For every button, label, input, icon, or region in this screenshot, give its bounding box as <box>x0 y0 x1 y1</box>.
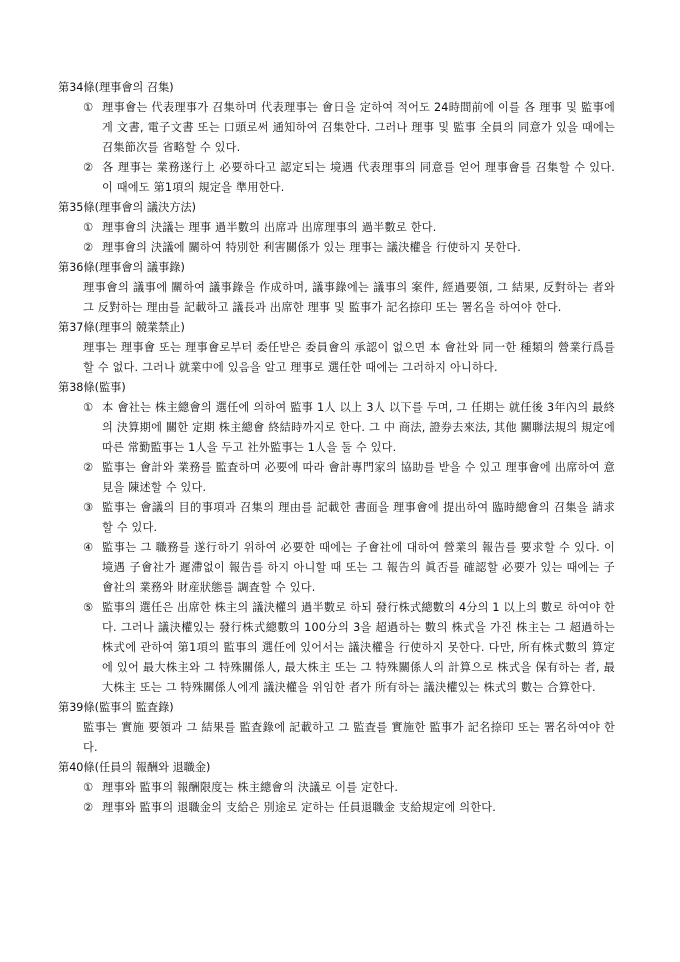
article-title: 第36條(理事會의 議事錄) <box>58 258 615 278</box>
clause-text: 各 理事는 業務遂行上 必要하다고 認定되는 境遇 代表理事의 同意를 얻어 理… <box>102 158 615 198</box>
clause-item: ② 理事와 監事의 退職金의 支給은 別途로 定하는 任員退職金 支給規定에 의… <box>83 798 615 818</box>
clause-number: ② <box>83 158 102 198</box>
clause-item: ① 理事會는 代表理事가 召集하며 代表理事는 會日을 定하여 적어도 24時間… <box>83 98 615 158</box>
article-title: 第37條(理事의 競業禁止) <box>58 318 615 338</box>
clause-text: 監事는 會議의 目的事項과 召集의 理由를 記載한 書面을 理事會에 提出하여 … <box>102 498 615 538</box>
clause-text: 監事는 會計와 業務를 監査하며 必要에 따라 會計專門家의 協助를 받을 수 … <box>102 458 615 498</box>
article-title: 第39條(監事의 監査錄) <box>58 698 615 718</box>
clause-text: 理事와 監事의 報酬限度는 株主總會의 決議로 이를 定한다. <box>102 778 615 798</box>
article-title: 第34條(理事會의 召集) <box>58 78 615 98</box>
article-34: 第34條(理事會의 召集) ① 理事會는 代表理事가 召集하며 代表理事는 會日… <box>58 78 615 198</box>
clause-number: ① <box>83 778 102 798</box>
article-39: 第39條(監事의 監査錄) 監事는 實施 要領과 그 結果를 監査錄에 記載하고… <box>58 698 615 758</box>
article-title: 第40條(任員의 報酬와 退職金) <box>58 758 615 778</box>
clause-item: ① 本 會社는 株主總會의 選任에 의하여 監事 1人 以上 3人 以下를 두며… <box>83 398 615 458</box>
clause-item: ① 理事와 監事의 報酬限度는 株主總會의 決議로 이를 定한다. <box>83 778 615 798</box>
article-37: 第37條(理事의 競業禁止) 理事는 理事會 또는 理事會로부터 委任받은 委員… <box>58 318 615 378</box>
clause-number: ④ <box>83 538 102 598</box>
article-title: 第35條(理事會의 議決方法) <box>58 198 615 218</box>
clause-number: ① <box>83 398 102 458</box>
clause-number: ② <box>83 798 102 818</box>
clause-text: 理事會의 決議에 關하여 特別한 利害關係가 있는 理事는 議決權을 行使하지 … <box>102 238 615 258</box>
clause-text: 理事와 監事의 退職金의 支給은 別途로 定하는 任員退職金 支給規定에 의한다… <box>102 798 615 818</box>
clause-number: ⑤ <box>83 598 102 698</box>
clause-number: ① <box>83 218 102 238</box>
clause-item: ② 理事會의 決議에 關하여 特別한 利害關係가 있는 理事는 議決權을 行使하… <box>83 238 615 258</box>
article-35: 第35條(理事會의 議決方法) ① 理事會의 決議는 理事 過半數의 出席과 出… <box>58 198 615 258</box>
clause-item: ① 理事會의 決議는 理事 過半數의 出席과 出席理事의 過半數로 한다. <box>83 218 615 238</box>
article-paragraph: 監事는 實施 要領과 그 結果를 監査錄에 記載하고 그 監査를 實施한 監事가… <box>83 718 615 758</box>
clause-item: ③ 監事는 會議의 目的事項과 召集의 理由를 記載한 書面을 理事會에 提出하… <box>83 498 615 538</box>
article-title: 第38條(監事) <box>58 378 615 398</box>
clause-number: ① <box>83 98 102 158</box>
clause-text: 本 會社는 株主總會의 選任에 의하여 監事 1人 以上 3人 以下를 두며, … <box>102 398 615 458</box>
article-paragraph: 理事는 理事會 또는 理事會로부터 委任받은 委員會의 承認이 없으면 本 會社… <box>83 338 615 378</box>
clause-number: ② <box>83 458 102 498</box>
clause-number: ② <box>83 238 102 258</box>
clause-item: ② 各 理事는 業務遂行上 必要하다고 認定되는 境遇 代表理事의 同意를 얻어… <box>83 158 615 198</box>
document-page: 第34條(理事會의 召集) ① 理事會는 代表理事가 召集하며 代表理事는 會日… <box>58 78 615 818</box>
article-paragraph: 理事會의 議事에 關하여 議事錄을 作成하며, 議事錄에는 議事의 案件, 經過… <box>83 278 615 318</box>
clause-item: ⑤ 監事의 選任은 出席한 株主의 議決權의 過半數로 하되 發行株式總數의 4… <box>83 598 615 698</box>
article-38: 第38條(監事) ① 本 會社는 株主總會의 選任에 의하여 監事 1人 以上 … <box>58 378 615 698</box>
clause-item: ④ 監事는 그 職務를 遂行하기 위하여 必要한 때에는 子會社에 대하여 營業… <box>83 538 615 598</box>
clause-item: ② 監事는 會計와 業務를 監査하며 必要에 따라 會計專門家의 協助를 받을 … <box>83 458 615 498</box>
clause-text: 監事의 選任은 出席한 株主의 議決權의 過半數로 하되 發行株式總數의 4分의… <box>102 598 615 698</box>
clause-number: ③ <box>83 498 102 538</box>
clause-text: 理事會는 代表理事가 召集하며 代表理事는 會日을 定하여 적어도 24時間前에… <box>102 98 615 158</box>
article-40: 第40條(任員의 報酬와 退職金) ① 理事와 監事의 報酬限度는 株主總會의 … <box>58 758 615 818</box>
article-36: 第36條(理事會의 議事錄) 理事會의 議事에 關하여 議事錄을 作成하며, 議… <box>58 258 615 318</box>
clause-text: 理事會의 決議는 理事 過半數의 出席과 出席理事의 過半數로 한다. <box>102 218 615 238</box>
clause-text: 監事는 그 職務를 遂行하기 위하여 必要한 때에는 子會社에 대하여 營業의 … <box>102 538 615 598</box>
